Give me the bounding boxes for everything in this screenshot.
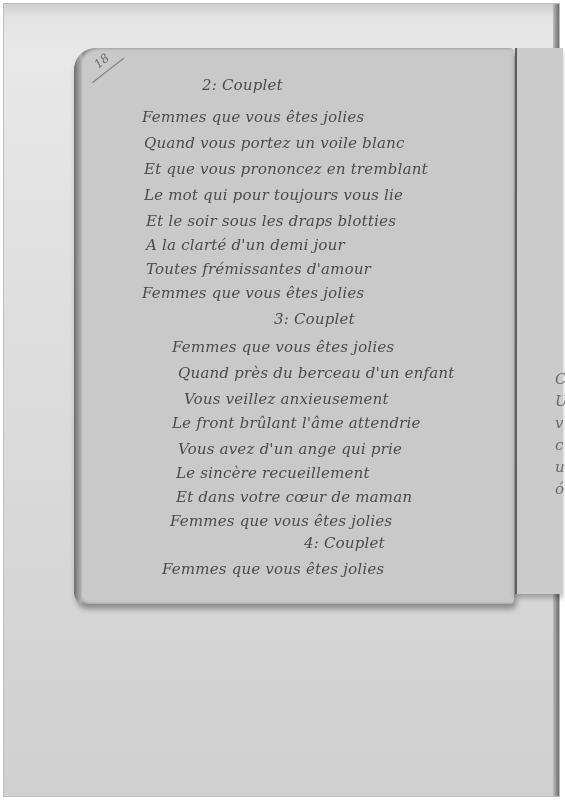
verse-line: Vous veillez anxieusement	[184, 390, 389, 408]
verse-line: A la clarté d'un demi jour	[146, 236, 345, 254]
verse-line: Et le soir sous les draps blotties	[146, 212, 396, 230]
verse-line: Quand vous portez un voile blanc	[144, 134, 405, 152]
scan-shadow	[4, 4, 559, 18]
scanned-document: 18 2: Couplet Femmes que vous êtes jolie…	[3, 3, 560, 797]
left-notebook-page: 18 2: Couplet Femmes que vous êtes jolie…	[74, 48, 514, 604]
verse-line: Le front brûlant l'âme attendrie	[172, 414, 421, 432]
verse-line: Et que vous prononcez en tremblant	[144, 160, 428, 178]
verse-line: Vous avez d'un ange qui prie	[178, 440, 402, 458]
verse-line: Et dans votre cœur de maman	[176, 488, 412, 506]
verse-line: Femmes que vous êtes jolies	[142, 284, 364, 302]
partial-right-page-text: C U v c u ó	[555, 368, 565, 522]
verse-heading: 4: Couplet	[304, 534, 385, 552]
right-notebook-page: C U v c u ó	[515, 48, 563, 594]
verse-line: Femmes que vous êtes jolies	[170, 512, 392, 530]
verse-line: Toutes frémissantes d'amour	[146, 260, 371, 278]
verse-heading: 2: Couplet	[202, 76, 283, 94]
verse-line: Le mot qui pour toujours vous lie	[144, 186, 403, 204]
verse-line: Femmes que vous êtes jolies	[172, 338, 394, 356]
verse-line: Le sincère recueillement	[176, 464, 370, 482]
verse-line: Femmes que vous êtes jolies	[142, 108, 364, 126]
verse-line: Quand près du berceau d'un enfant	[178, 364, 455, 382]
verse-line: Femmes que vous êtes jolies	[162, 560, 384, 578]
verse-heading: 3: Couplet	[274, 310, 355, 328]
